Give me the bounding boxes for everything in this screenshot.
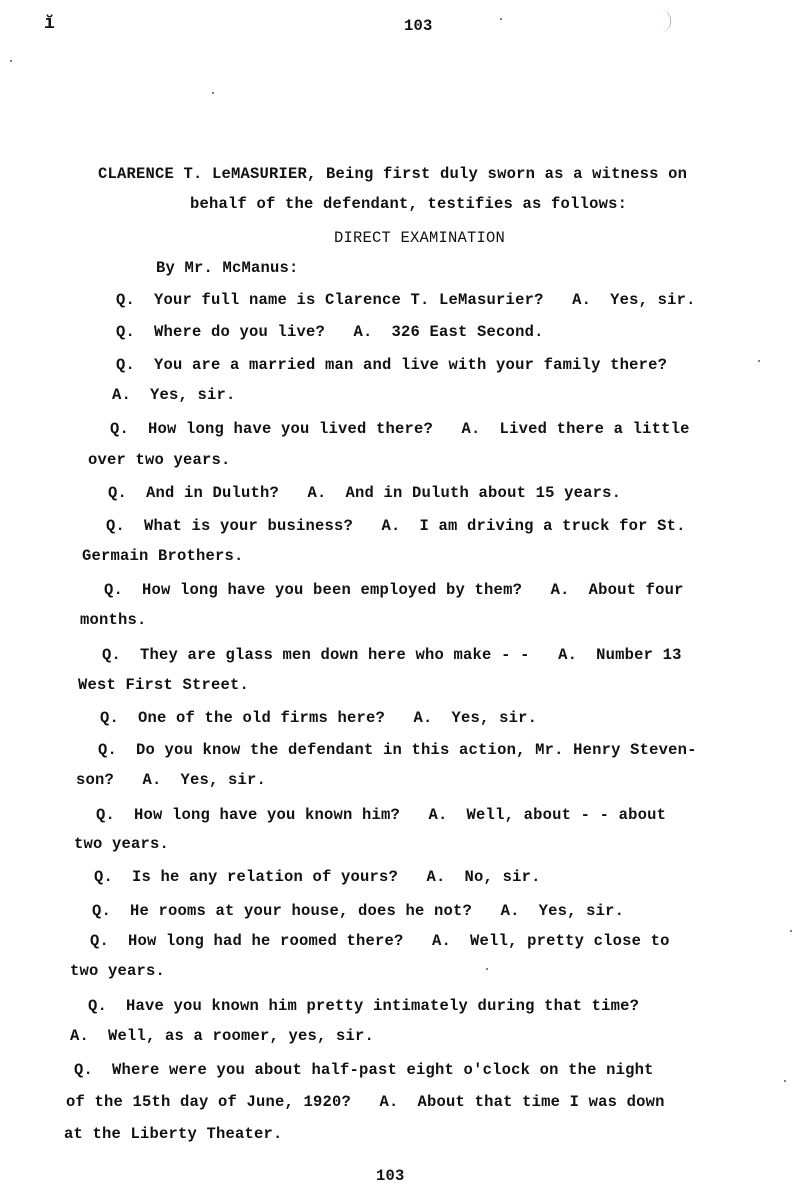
transcript-line: Q. Where do you live? A. 326 East Second…	[116, 322, 544, 342]
transcript-line: two years.	[70, 961, 165, 981]
transcript-line: months.	[80, 610, 147, 630]
transcript-line: Q. One of the old firms here? A. Yes, si…	[100, 708, 537, 728]
transcript-line: A. Well, as a roomer, yes, sir.	[70, 1026, 374, 1046]
witness-intro-line-2: behalf of the defendant, testifies as fo…	[190, 194, 627, 214]
scan-artifact	[660, 10, 671, 32]
scan-speck	[486, 968, 488, 970]
transcript-line: Q. How long have you lived there? A. Liv…	[110, 419, 690, 439]
transcript-line: Q. And in Duluth? A. And in Duluth about…	[108, 483, 621, 503]
scan-speck	[790, 930, 792, 932]
transcript-line: Q. How long have you known him? A. Well,…	[96, 805, 666, 825]
transcript-line: Q. How long had he roomed there? A. Well…	[90, 931, 670, 951]
transcript-line: Q. How long have you been employed by th…	[104, 580, 684, 600]
scan-speck	[784, 1080, 786, 1082]
scan-speck	[500, 18, 502, 20]
transcript-line: of the 15th day of June, 1920? A. About …	[66, 1092, 665, 1112]
scan-speck	[10, 60, 12, 62]
witness-intro-line-1: CLARENCE T. LeMASURIER, Being first duly…	[98, 164, 687, 184]
scan-speck	[758, 360, 760, 362]
transcript-line: over two years.	[88, 450, 231, 470]
transcript-page: ĭ 103 CLARENCE T. LeMASURIER, Being firs…	[0, 0, 800, 1192]
section-title: DIRECT EXAMINATION	[334, 228, 505, 248]
corner-mark: ĭ	[44, 14, 55, 34]
transcript-line: Q. Is he any relation of yours? A. No, s…	[94, 867, 541, 887]
transcript-line: Q. Where were you about half-past eight …	[74, 1060, 654, 1080]
page-number-top: 103	[404, 16, 433, 36]
transcript-line: West First Street.	[78, 675, 249, 695]
examiner-line: By Mr. McManus:	[156, 258, 299, 278]
transcript-line: Q. Do you know the defendant in this act…	[98, 740, 697, 760]
transcript-line: Q. Your full name is Clarence T. LeMasur…	[116, 290, 696, 310]
scan-speck	[212, 92, 214, 94]
transcript-line: Q. They are glass men down here who make…	[102, 645, 682, 665]
transcript-line: son? A. Yes, sir.	[76, 770, 266, 790]
transcript-line: Q. He rooms at your house, does he not? …	[92, 901, 624, 921]
page-number-bottom: 103	[376, 1166, 405, 1186]
transcript-line: two years.	[74, 834, 169, 854]
transcript-line: Q. What is your business? A. I am drivin…	[106, 516, 686, 536]
transcript-line: at the Liberty Theater.	[64, 1124, 283, 1144]
transcript-line: Germain Brothers.	[82, 546, 244, 566]
transcript-line: Q. Have you known him pretty intimately …	[88, 996, 639, 1016]
transcript-line: A. Yes, sir.	[112, 385, 236, 405]
transcript-line: Q. You are a married man and live with y…	[116, 355, 667, 375]
